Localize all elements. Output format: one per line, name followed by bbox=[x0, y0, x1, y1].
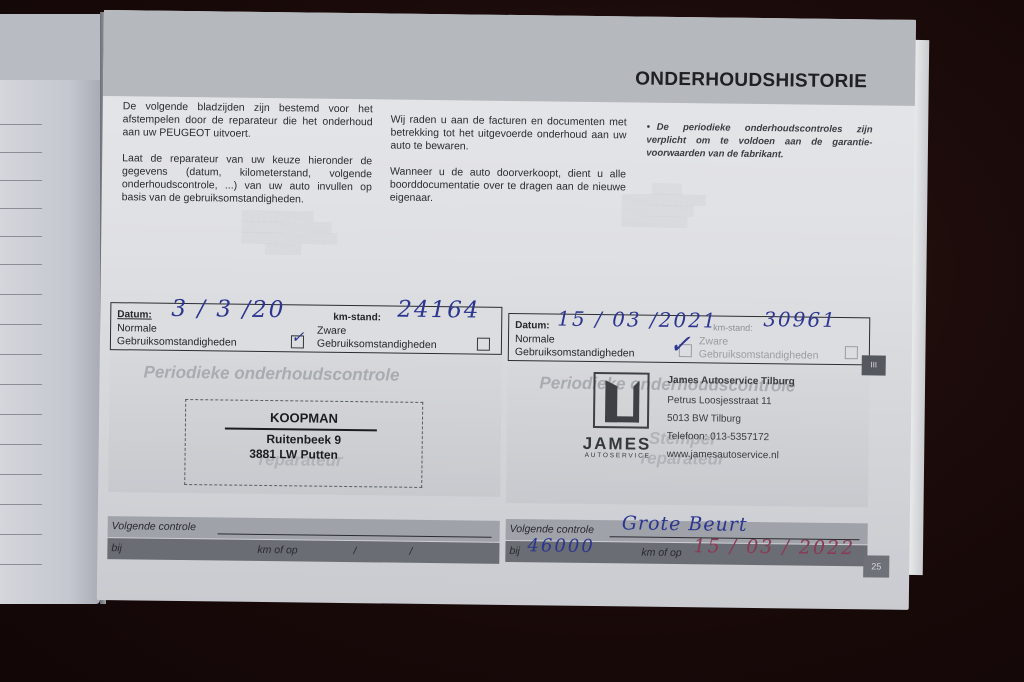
dealer-name: KOOPMAN bbox=[229, 410, 379, 427]
ruled-line bbox=[0, 384, 42, 385]
periodic-control-title: Periodieke onderhoudscontrole bbox=[143, 363, 399, 386]
date-slash: / bbox=[353, 545, 356, 557]
stamp-area: Periodieke onderhoudscontrole reparateur… bbox=[108, 352, 502, 497]
page-number: 25 bbox=[863, 555, 889, 577]
service-entry-1: Datum: 3 / 3 /20 km-stand: 24164 Normale… bbox=[108, 302, 503, 543]
ruled-line bbox=[0, 504, 42, 505]
page-title: ONDERHOUDSHISTORIE bbox=[635, 68, 867, 93]
left-page-header-band bbox=[0, 14, 100, 80]
service-entry-2: Datum: 15 / 03 /2021 km-stand: 30961 Nor… bbox=[505, 313, 870, 553]
zware-checkbox[interactable] bbox=[477, 338, 490, 351]
check-mark-icon: ✓ bbox=[291, 327, 307, 346]
ruled-line bbox=[0, 264, 42, 265]
km-stand-value: 30961 bbox=[763, 307, 837, 332]
intro-column-2: Wij raden u aan de facturen en documente… bbox=[389, 114, 626, 221]
right-page: ONDERHOUDSHISTORIE De volgende bladzijde… bbox=[97, 10, 916, 610]
check-mark-icon: ✓ bbox=[669, 330, 693, 360]
ruled-line bbox=[0, 474, 42, 475]
warranty-note: De periodieke onderhoudscontroles zijn v… bbox=[646, 122, 872, 161]
km-of-op-label: km of op bbox=[641, 547, 681, 559]
zware-label-1: Zware bbox=[699, 335, 728, 347]
entry-info-box: Datum: 3 / 3 /20 km-stand: 24164 Normale… bbox=[110, 302, 503, 355]
left-page bbox=[0, 14, 100, 604]
dealer-city: 3881 LW Putten bbox=[218, 446, 368, 463]
ruled-line bbox=[0, 294, 42, 295]
logo-j-glyph bbox=[605, 380, 640, 422]
next-km-row: bij km of op / / bbox=[107, 538, 499, 564]
zware-label-2: Gebruiksomstandigheden bbox=[317, 338, 437, 351]
km-stand-label: km-stand: bbox=[333, 312, 381, 324]
ruled-line bbox=[0, 180, 42, 181]
dealer-name: James Autoservice Tilburg bbox=[667, 375, 794, 388]
km-stand-value: 24164 bbox=[397, 297, 480, 324]
normale-label-2: Gebruiksomstandigheden bbox=[515, 346, 635, 359]
ruled-line bbox=[0, 354, 42, 355]
show-through-text: ▒▒▒▒▒▒▒▒▒▒▒▒▒▒▒▒▒▒▒▒▒▒▒▒▒▒▒▒▒▒▒▒▒▒▒▒▒▒▒▒… bbox=[241, 212, 338, 257]
fill-line bbox=[218, 533, 492, 537]
ruled-line bbox=[0, 414, 42, 415]
intro-paragraph: Wij raden u aan de facturen en documente… bbox=[390, 114, 626, 156]
next-date-value: 15 / 03 / 2022 bbox=[693, 535, 855, 559]
ruled-line bbox=[0, 152, 42, 153]
next-km-row: bij 46000 km of op 15 / 03 / 2022 bbox=[505, 541, 867, 566]
next-km-value: 46000 bbox=[527, 535, 595, 557]
datum-label: Datum: bbox=[515, 320, 550, 331]
zware-checkbox[interactable] bbox=[845, 346, 858, 359]
ruled-line bbox=[0, 564, 42, 565]
entry-info-box: Datum: 15 / 03 /2021 km-stand: 30961 Nor… bbox=[508, 313, 871, 365]
dealer-phone: Telefoon: 013-5357172 bbox=[667, 431, 769, 443]
normale-label-1: Normale bbox=[515, 333, 555, 345]
ruled-line bbox=[0, 444, 42, 445]
header-band: ONDERHOUDSHISTORIE bbox=[103, 10, 916, 106]
date-slash: / bbox=[409, 546, 412, 558]
km-stand-label: km-stand: bbox=[713, 322, 753, 332]
datum-value: 3 / 3 /20 bbox=[171, 296, 285, 323]
volgende-controle-label: Volgende controle bbox=[112, 520, 196, 533]
dealer-city: 5013 BW Tilburg bbox=[667, 413, 741, 425]
intro-paragraph: Wanneer u de auto doorverkoopt, dient u … bbox=[390, 166, 626, 208]
normale-label-1: Normale bbox=[117, 322, 157, 334]
ruled-line bbox=[0, 124, 42, 125]
zware-label-1: Zware bbox=[317, 325, 346, 337]
ruled-line bbox=[0, 236, 42, 237]
normale-label-2: Gebruiksomstandigheden bbox=[117, 335, 237, 348]
datum-value: 15 / 03 /2021 bbox=[557, 307, 718, 333]
intro-paragraph: Laat de reparateur van uw keuze hieronde… bbox=[122, 152, 373, 207]
datum-label: Datum: bbox=[117, 309, 152, 320]
dealer-street: Petrus Loosjesstraat 11 bbox=[667, 395, 771, 407]
bij-label: bij bbox=[111, 542, 122, 554]
ruled-line bbox=[0, 208, 42, 209]
bullet-icon: • bbox=[647, 121, 657, 134]
section-tab-marker: III bbox=[862, 355, 886, 375]
dealer-website: www.jamesautoservice.nl bbox=[667, 449, 779, 461]
next-control-value: Grote Beurt bbox=[622, 512, 748, 536]
intro-column-3: •De periodieke onderhoudscontroles zijn … bbox=[646, 121, 872, 163]
intro-column-1: De volgende bladzijden zijn bestemd voor… bbox=[121, 100, 372, 220]
ruled-line bbox=[0, 324, 42, 325]
km-of-op-label: km of op bbox=[257, 544, 297, 556]
logo-subtitle: AUTOSERVICE bbox=[585, 452, 651, 460]
volgende-controle-label: Volgende controle bbox=[510, 523, 594, 536]
intro-paragraph: De volgende bladzijden zijn bestemd voor… bbox=[122, 100, 372, 142]
zware-label-2: Gebruiksomstandigheden bbox=[699, 348, 819, 361]
james-logo-icon bbox=[593, 372, 650, 429]
stamp-area: Periodieke onderhoudscontrole Stempel re… bbox=[506, 363, 870, 507]
show-through-text: ▒▒▒▒▒▒▒▒▒▒▒▒▒▒▒▒▒▒▒▒▒▒▒▒▒▒▒▒▒▒▒▒▒▒▒▒▒▒▒▒… bbox=[621, 184, 706, 229]
ruled-line bbox=[0, 534, 42, 535]
bij-label: bij bbox=[509, 545, 520, 557]
